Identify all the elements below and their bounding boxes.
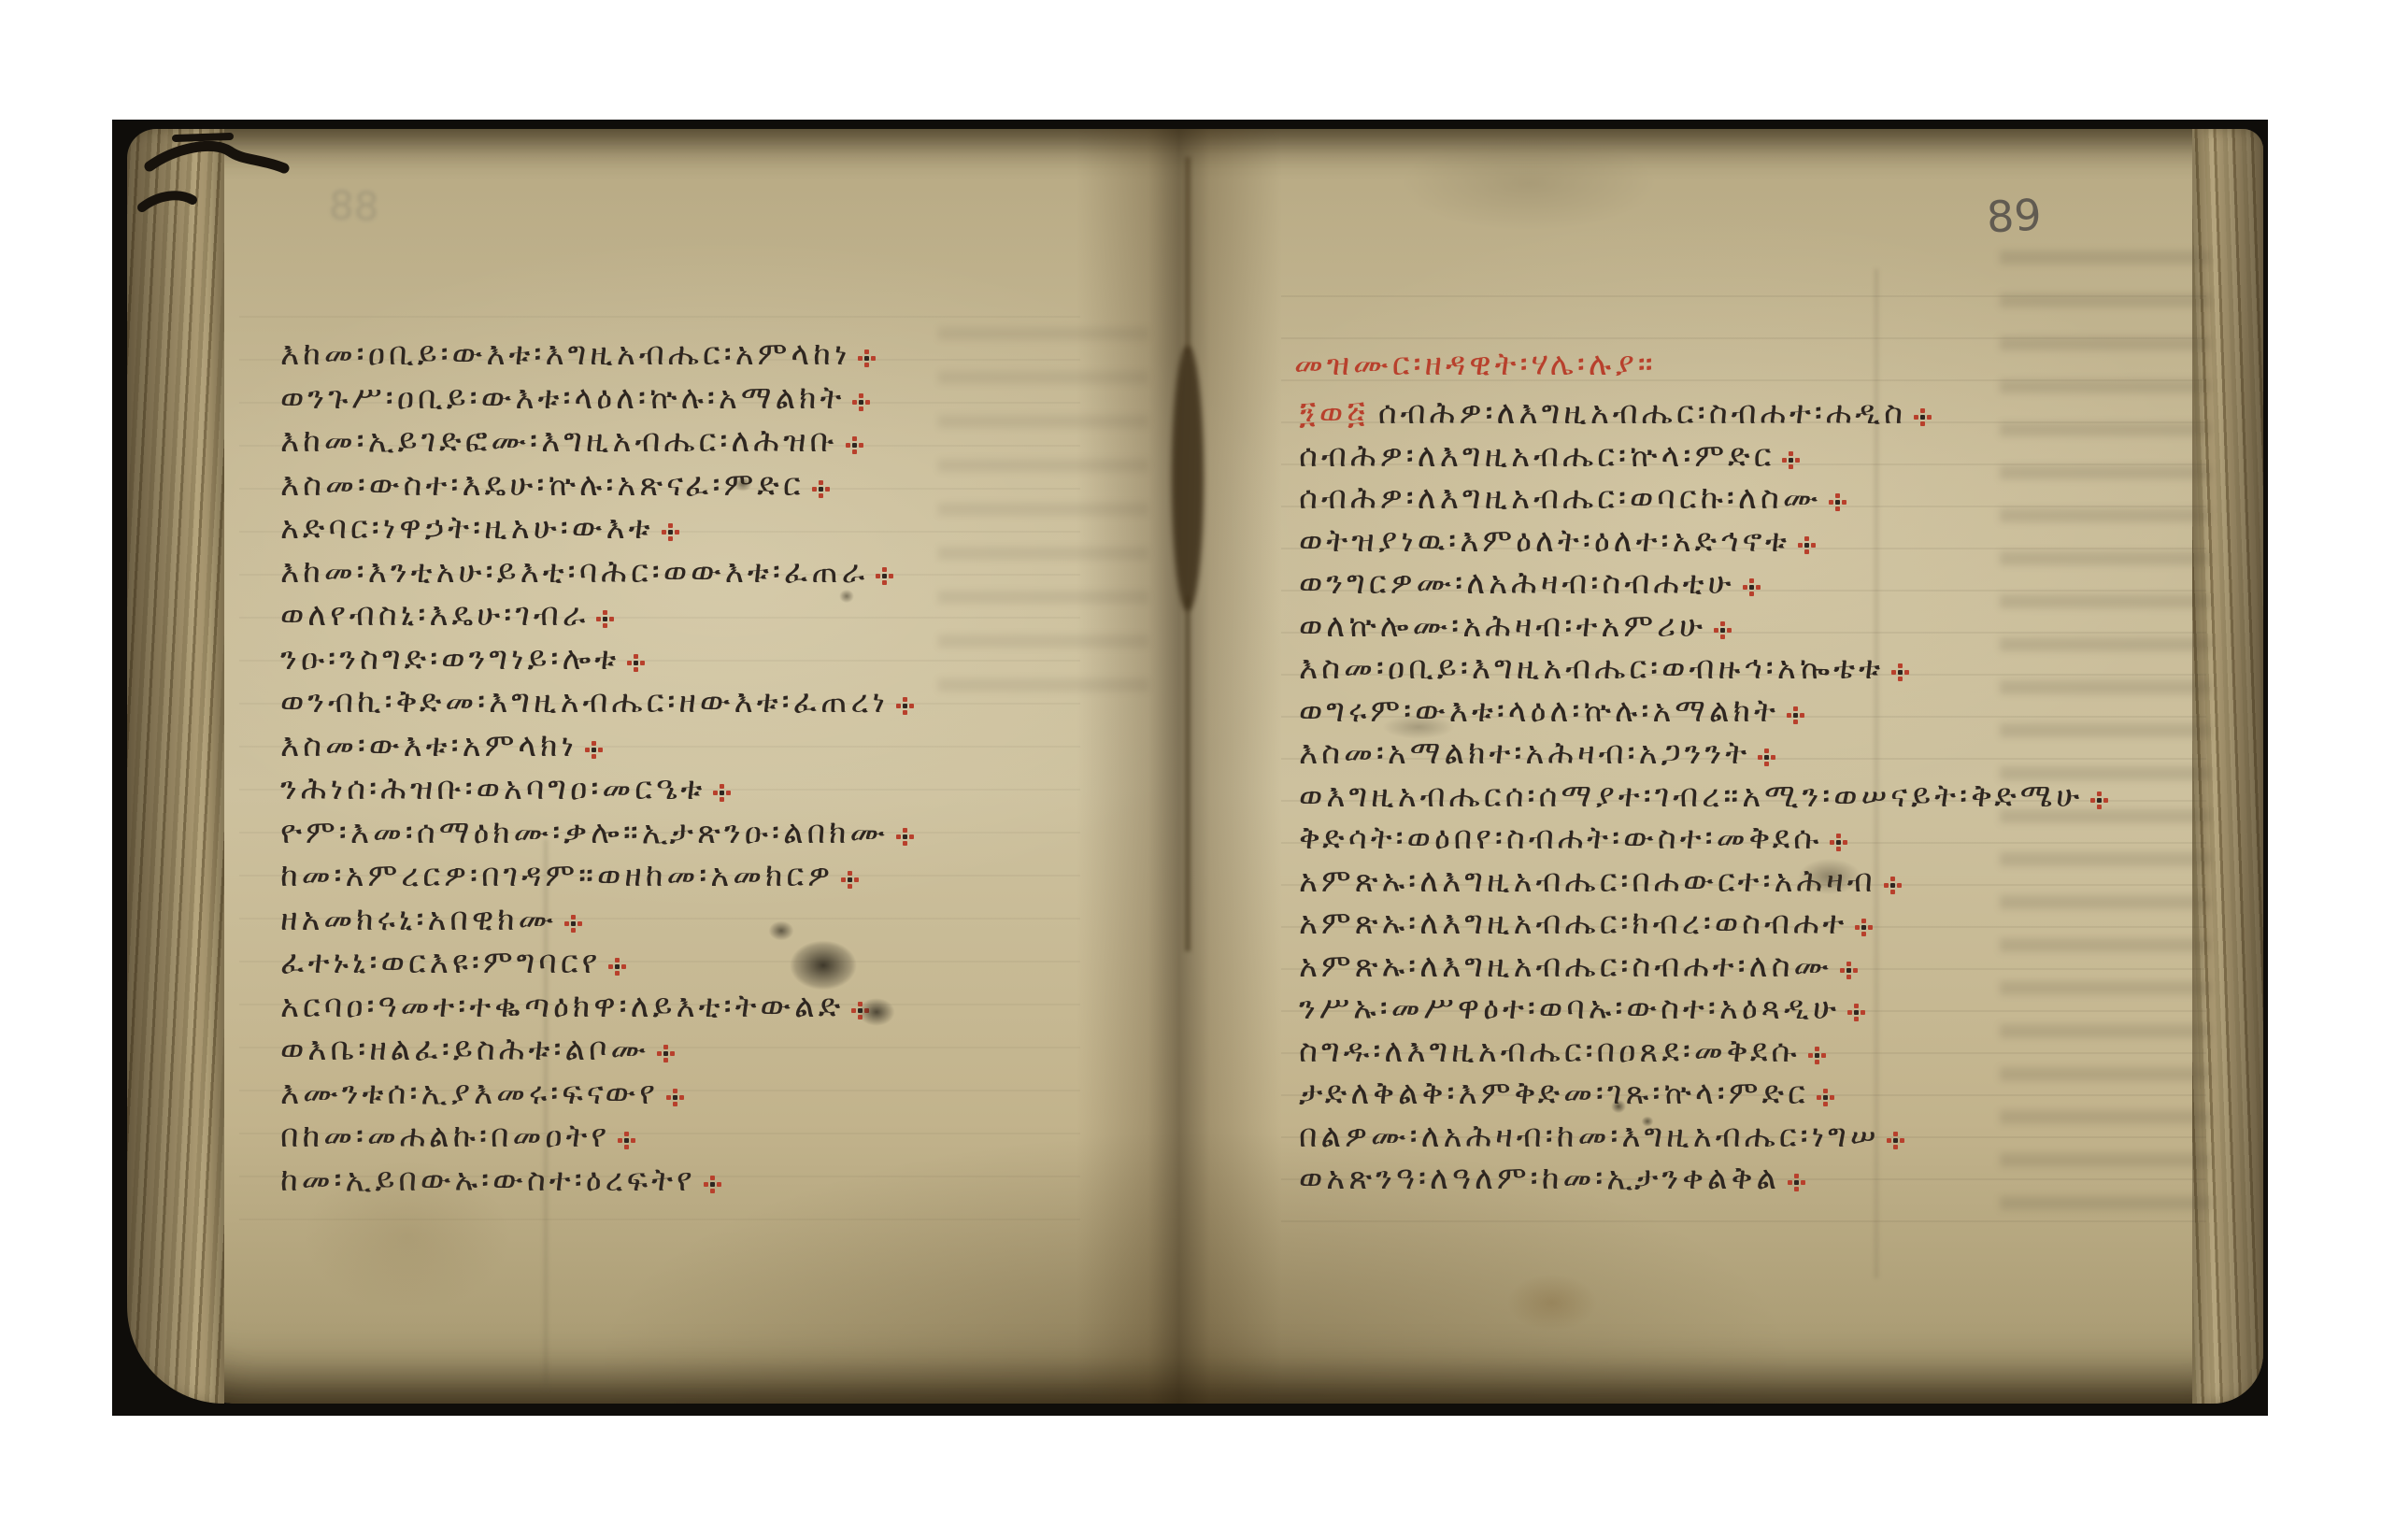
ink-stains-overlay: [127, 129, 2263, 1404]
open-book: 88 89 እከመ፡ዐቢይ፡ውእቱ፡እግዚአብሔር፡አምላከነወንጉሥ፡ዐቢይ፡…: [127, 129, 2263, 1404]
photo-frame: 88 89 እከመ፡ዐቢይ፡ውእቱ፡እግዚአብሔር፡አምላከነወንጉሥ፡ዐቢይ፡…: [0, 0, 2381, 1540]
manuscript-photo: 88 89 እከመ፡ዐቢይ፡ውእቱ፡እግዚአብሔር፡አምላከነወንጉሥ፡ዐቢይ፡…: [112, 120, 2268, 1416]
